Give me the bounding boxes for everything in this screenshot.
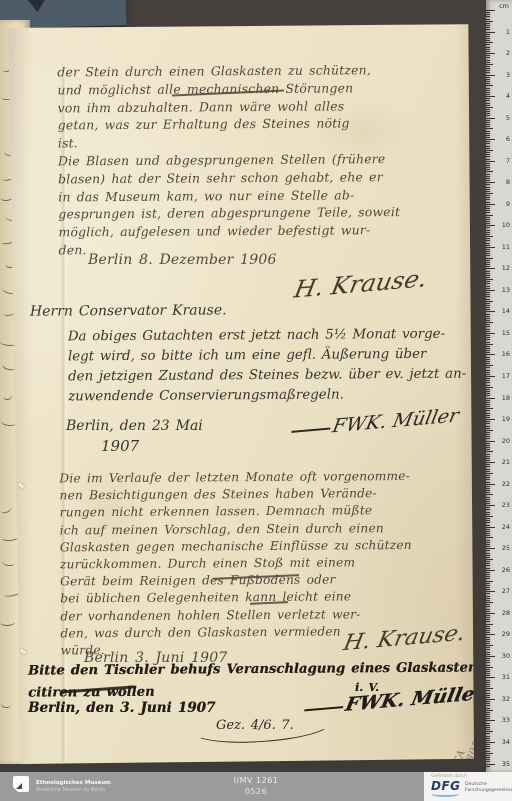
ruler-tick [486,309,490,310]
ruler-tick [486,652,490,653]
ruler-label: 30 [496,652,510,660]
ruler-tick [486,751,490,752]
ruler-tick [486,755,490,756]
ruler-tick [486,51,490,52]
ruler-tick [486,133,490,134]
ruler-label: 13 [496,286,510,294]
ruler-tick [486,662,490,663]
memo-1907-text: Da obiges Gutachten erst jetzt nach 5½ M… [68,325,471,408]
ruler-tick [486,154,490,155]
ruler-tick [486,100,490,101]
ink-fragment [0,618,15,627]
signature-krause-1: H. Krause. [292,264,430,303]
ruler-tick [486,466,490,467]
ruler-tick [486,639,490,640]
ruler-tick [486,271,490,272]
ruler-tick [486,55,490,56]
ruler-label: 28 [496,609,510,617]
ruler-unit-label: cm [499,2,509,10]
ruler-tick [486,712,490,713]
ruler-tick [486,243,490,244]
ruler-tick [486,400,490,401]
ruler-tick [486,311,495,312]
ruler-tick [486,376,495,377]
ruler-tick [486,490,490,491]
ruler-tick [486,598,490,599]
ruler-tick [486,613,495,614]
ruler-tick [486,727,490,728]
ruler-tick [486,643,490,644]
ruler-tick [486,187,490,188]
ruler-tick [486,126,490,127]
ruler-tick [486,42,493,43]
ruler-tick [486,393,490,394]
ruler-tick [486,141,490,142]
ruler-tick [486,171,493,172]
ruler-tick [486,193,493,194]
ruler-tick [486,419,495,420]
ruler-tick [486,617,490,618]
ruler-tick [486,421,490,422]
ruler-tick [486,761,490,762]
ruler-tick [486,115,490,116]
ruler-label: 3 [496,71,510,79]
ruler-tick [486,479,490,480]
ruler-tick [486,555,490,556]
ruler-tick [486,378,490,379]
ruler-tick [486,398,495,399]
handwritten-line: Glaskasten gegen mechanische Einflüsse z… [60,536,466,556]
ruler-tick [486,131,490,132]
ruler-tick [486,729,490,730]
ruler-tick [486,120,490,121]
ruler-tick [486,191,490,192]
ruler-tick [486,415,490,416]
ruler-tick [486,587,490,588]
ruler-label: 26 [496,566,510,574]
ruler-tick [486,585,490,586]
ruler-tick [486,527,495,528]
ruler-tick [486,204,495,205]
ruler-tick [486,705,490,706]
ruler-tick [486,621,490,622]
ruler-tick [486,748,490,749]
ruler-label: 15 [496,329,510,337]
archive-number-pencil-note: TA 0805 [452,735,483,771]
ruler-tick [486,249,490,250]
ruler-tick [486,64,493,65]
ruler-tick [486,736,490,737]
ruler-tick [486,210,490,211]
ruler-tick [486,161,495,162]
ruler-tick [486,70,490,71]
ruler-tick [486,234,490,235]
ruler-tick [486,645,493,646]
ruler-tick [486,548,495,549]
ruler-label: 6 [496,135,510,143]
ruler-tick [486,275,490,276]
ruler-tick [486,260,490,261]
ruler-tick [486,718,490,719]
ruler-tick [486,365,493,366]
ruler-tick [486,75,495,76]
ruler-label: 23 [496,501,510,509]
ruler-tick [486,471,490,472]
ruler-tick [486,533,490,534]
ruler-tick [486,430,493,431]
ruler-tick [486,279,493,280]
ink-fragment [2,391,12,400]
ruler-tick [486,68,490,69]
ruler-tick [486,255,490,256]
ruler-tick [486,57,490,58]
ruler-tick [486,146,490,147]
ruler-tick [486,85,493,86]
ruler-tick [486,240,490,241]
ruler-label: 10 [496,221,510,229]
ruler-tick [486,675,490,676]
ruler-tick [486,165,490,166]
ruler-tick [486,118,495,119]
ruler-tick [486,12,490,13]
ruler-tick [486,766,490,767]
ruler-tick [486,690,490,691]
ruler-tick [486,333,495,334]
ruler: cm 1234567891011121314151617181920212223… [486,0,512,772]
ruler-tick [486,406,490,407]
ruler-tick [486,602,493,603]
ruler-tick [486,445,490,446]
ruler-tick [486,647,490,648]
ruler-tick [486,464,490,465]
ruler-tick [486,184,490,185]
dfg-org-name-line1: Deutsche [465,782,487,787]
ruler-tick [486,307,490,308]
ruler-tick [486,152,490,153]
ruler-tick [486,497,490,498]
ruler-tick [486,626,490,627]
ruler-tick [486,283,490,284]
ruler-tick [486,139,495,140]
ruler-tick [486,47,490,48]
ruler-label: 19 [496,415,510,423]
ruler-tick [486,619,490,620]
ruler-tick [486,632,490,633]
ruler-tick [486,180,490,181]
ruler-tick [486,522,490,523]
ruler-tick [486,600,490,601]
scan-viewport: der Stein durch einen Glaskasten zu schü… [0,0,512,801]
ruler-tick [486,339,490,340]
ruler-tick [486,673,490,674]
ruler-tick [486,16,490,17]
handwritten-line: Die im Verlaufe der letzten Monate oft v… [59,468,465,488]
ruler-tick [486,247,495,248]
ruler-tick [486,505,495,506]
ruler-tick [486,593,490,594]
ruler-tick [486,337,490,338]
ruler-tick [486,742,495,743]
ruler-label: 31 [496,673,510,681]
ruler-tick [486,604,490,605]
ruler-tick [486,413,490,414]
dfg-org-name-line2: Forschungsgemeinschaft [465,788,512,793]
manuscript-page: der Stein durch einen Glaskasten zu schü… [4,22,474,764]
ruler-tick [486,484,495,485]
ruler-tick [486,630,490,631]
ruler-tick [486,159,490,160]
ruler-tick [486,96,495,97]
ruler-tick [486,499,490,500]
ruler-tick [486,529,490,530]
ruler-tick [486,195,490,196]
ruler-tick [486,374,490,375]
ruler-tick [486,331,490,332]
ruler-label: 14 [496,307,510,315]
ruler-tick [486,426,490,427]
ruler-tick [486,286,490,287]
ruler-tick [486,531,490,532]
ruler-tick [486,299,490,300]
ruler-tick [486,197,490,198]
ruler-tick [486,262,490,263]
ruler-tick [486,391,490,392]
ruler-tick [486,81,490,82]
ruler-tick [486,53,495,54]
ruler-tick [486,682,490,683]
ruler-tick [486,29,490,30]
handwritten-line: Da obiges Gutachten erst jetzt nach 5½ M… [68,325,470,348]
ruler-tick [486,128,493,129]
ruler-tick [486,230,490,231]
ruler-tick [486,710,493,711]
ruler-tick [486,606,490,607]
ruler-tick [486,182,495,183]
ruler-tick [486,266,490,267]
handwritten-line: den jetzigen Zustand des Steines bezw. ü… [68,365,470,388]
ruler-tick [486,518,490,519]
ruler-tick [486,268,495,269]
dateline-may-1907-year: 1907 [101,436,139,456]
ruler-tick [486,559,493,560]
ruler-tick [486,525,490,526]
ruler-tick [486,609,490,610]
ruler-tick [486,90,490,91]
ruler-tick [486,456,490,457]
ruler-tick [486,350,490,351]
ruler-tick [486,703,490,704]
ruler-label: 29 [496,630,510,638]
ruler-tick [486,316,490,317]
ruler-tick [486,686,490,687]
ruler-tick [486,352,490,353]
ruler-tick [486,462,495,463]
ruler-tick [486,574,490,575]
ruler-label: 7 [496,157,510,165]
ruler-tick [486,296,490,297]
signature-mueller-1: FWK. Müller [331,405,461,438]
ruler-tick [486,354,495,355]
ruler-tick [486,701,490,702]
ruler-tick [486,503,490,504]
ruler-label: 8 [496,178,510,186]
ruler-tick [486,169,490,170]
ruler-tick [486,699,495,700]
ruler-tick [486,122,490,123]
ruler-label: 21 [496,458,510,466]
ruler-tick [486,684,490,685]
ruler-tick [486,708,490,709]
ruler-tick [486,202,490,203]
ruler-tick [486,451,493,452]
ruler-tick [486,565,490,566]
ruler-label: 18 [496,394,510,402]
ruler-tick [486,10,495,11]
ruler-tick [486,447,490,448]
ruler-tick [486,516,493,517]
ruler-tick [486,258,493,259]
ruler-tick [486,563,490,564]
ruler-tick [486,596,490,597]
ruler-tick [486,290,495,291]
ruler-tick [486,109,490,110]
ruler-tick [486,253,490,254]
ruler-tick [486,410,490,411]
ruler-tick [486,88,490,89]
ruler-label: 1 [496,28,510,36]
ruler-tick [486,72,490,73]
memo-salutation: Herrn Conservator Krause. [30,300,227,321]
ruler-tick [486,292,490,293]
ruler-label: 9 [496,200,510,208]
ruler-tick [486,680,490,681]
ruler-tick [486,509,490,510]
archive-info-bar: Ethnologisches Museum Staatliche Museen … [0,772,512,801]
ink-fragment [0,699,11,709]
ruler-tick [486,382,490,383]
ruler-tick [486,189,490,190]
ruler-tick [486,143,490,144]
ruler-tick [486,550,490,551]
ruler-tick [486,488,490,489]
ruler-tick [486,553,490,554]
ruler-tick [486,738,490,739]
handwritten-line: Bitte den Tischler behufs Veranschlagung… [28,657,485,682]
ruler-tick [486,669,490,670]
ink-fragment [1,417,18,426]
ruler-tick [486,21,493,22]
ruler-tick [486,342,490,343]
ruler-tick [486,568,490,569]
ruler-tick [486,615,490,616]
ruler-tick [486,417,490,418]
ruler-tick [486,238,490,239]
ruler-tick [486,746,490,747]
ruler-tick [486,23,490,24]
ruler-tick [486,546,490,547]
ruler-tick [486,174,490,175]
ruler-tick [486,572,490,573]
ruler-tick [486,671,490,672]
ruler-tick [486,757,490,758]
ruler-tick [486,236,493,237]
ruler-label: 12 [496,264,510,272]
ruler-tick [486,535,490,536]
ruler-label: 24 [496,523,510,531]
ruler-label: 27 [496,587,510,595]
ruler-tick [486,19,490,20]
ruler-tick [486,301,493,302]
ruler-label: 34 [496,738,510,746]
ruler-tick [486,744,490,745]
ruler-tick [486,469,490,470]
ruler-label: 20 [496,437,510,445]
ruler-tick [486,150,493,151]
ruler-tick [486,753,493,754]
ruler-tick [486,733,490,734]
ruler-tick [486,245,490,246]
ruler-tick [486,92,490,93]
ruler-tick [486,432,490,433]
ruler-tick [486,103,490,104]
ruler-tick [486,62,490,63]
ruler-tick [486,14,490,15]
ruler-tick [486,641,490,642]
ruler-tick [486,540,490,541]
ruler-tick [486,404,490,405]
ruler-tick [486,94,490,95]
ruler-tick [486,660,490,661]
ruler-tick [486,212,490,213]
ruler-tick [486,219,490,220]
ruler-tick [486,329,490,330]
ruler-tick [486,658,490,659]
ruler-tick [486,83,490,84]
ruler-tick [486,624,493,625]
ruler-label: 22 [496,480,510,488]
ruler-tick [486,199,490,200]
ruler-label: 11 [496,243,510,251]
ruler-tick [486,167,490,168]
ruler-tick [486,105,490,106]
ruler-tick [486,634,495,635]
ruler-tick [486,389,490,390]
ruler-tick [486,225,495,226]
binding-thread [20,648,27,654]
ruler-tick [486,740,490,741]
ruler-tick [486,514,490,515]
ink-fragment [0,503,12,514]
ruler-tick [486,486,490,487]
ruler-tick [486,370,490,371]
ruler-tick [486,436,490,437]
ruler-tick [486,477,490,478]
ruler-tick [486,322,493,323]
ruler-tick [486,387,493,388]
ruler-tick [486,542,490,543]
ruler-tick [486,137,490,138]
ruler-tick [486,434,490,435]
ruler-tick [486,570,495,571]
ruler-tick [486,227,490,228]
ruler-tick [486,66,490,67]
ruler-label: 32 [496,695,510,703]
signature-flourish [291,428,330,433]
ruler-tick [486,402,490,403]
dfg-logo-swoosh [431,791,459,797]
ruler-tick [486,27,490,28]
ruler-tick [486,759,490,760]
